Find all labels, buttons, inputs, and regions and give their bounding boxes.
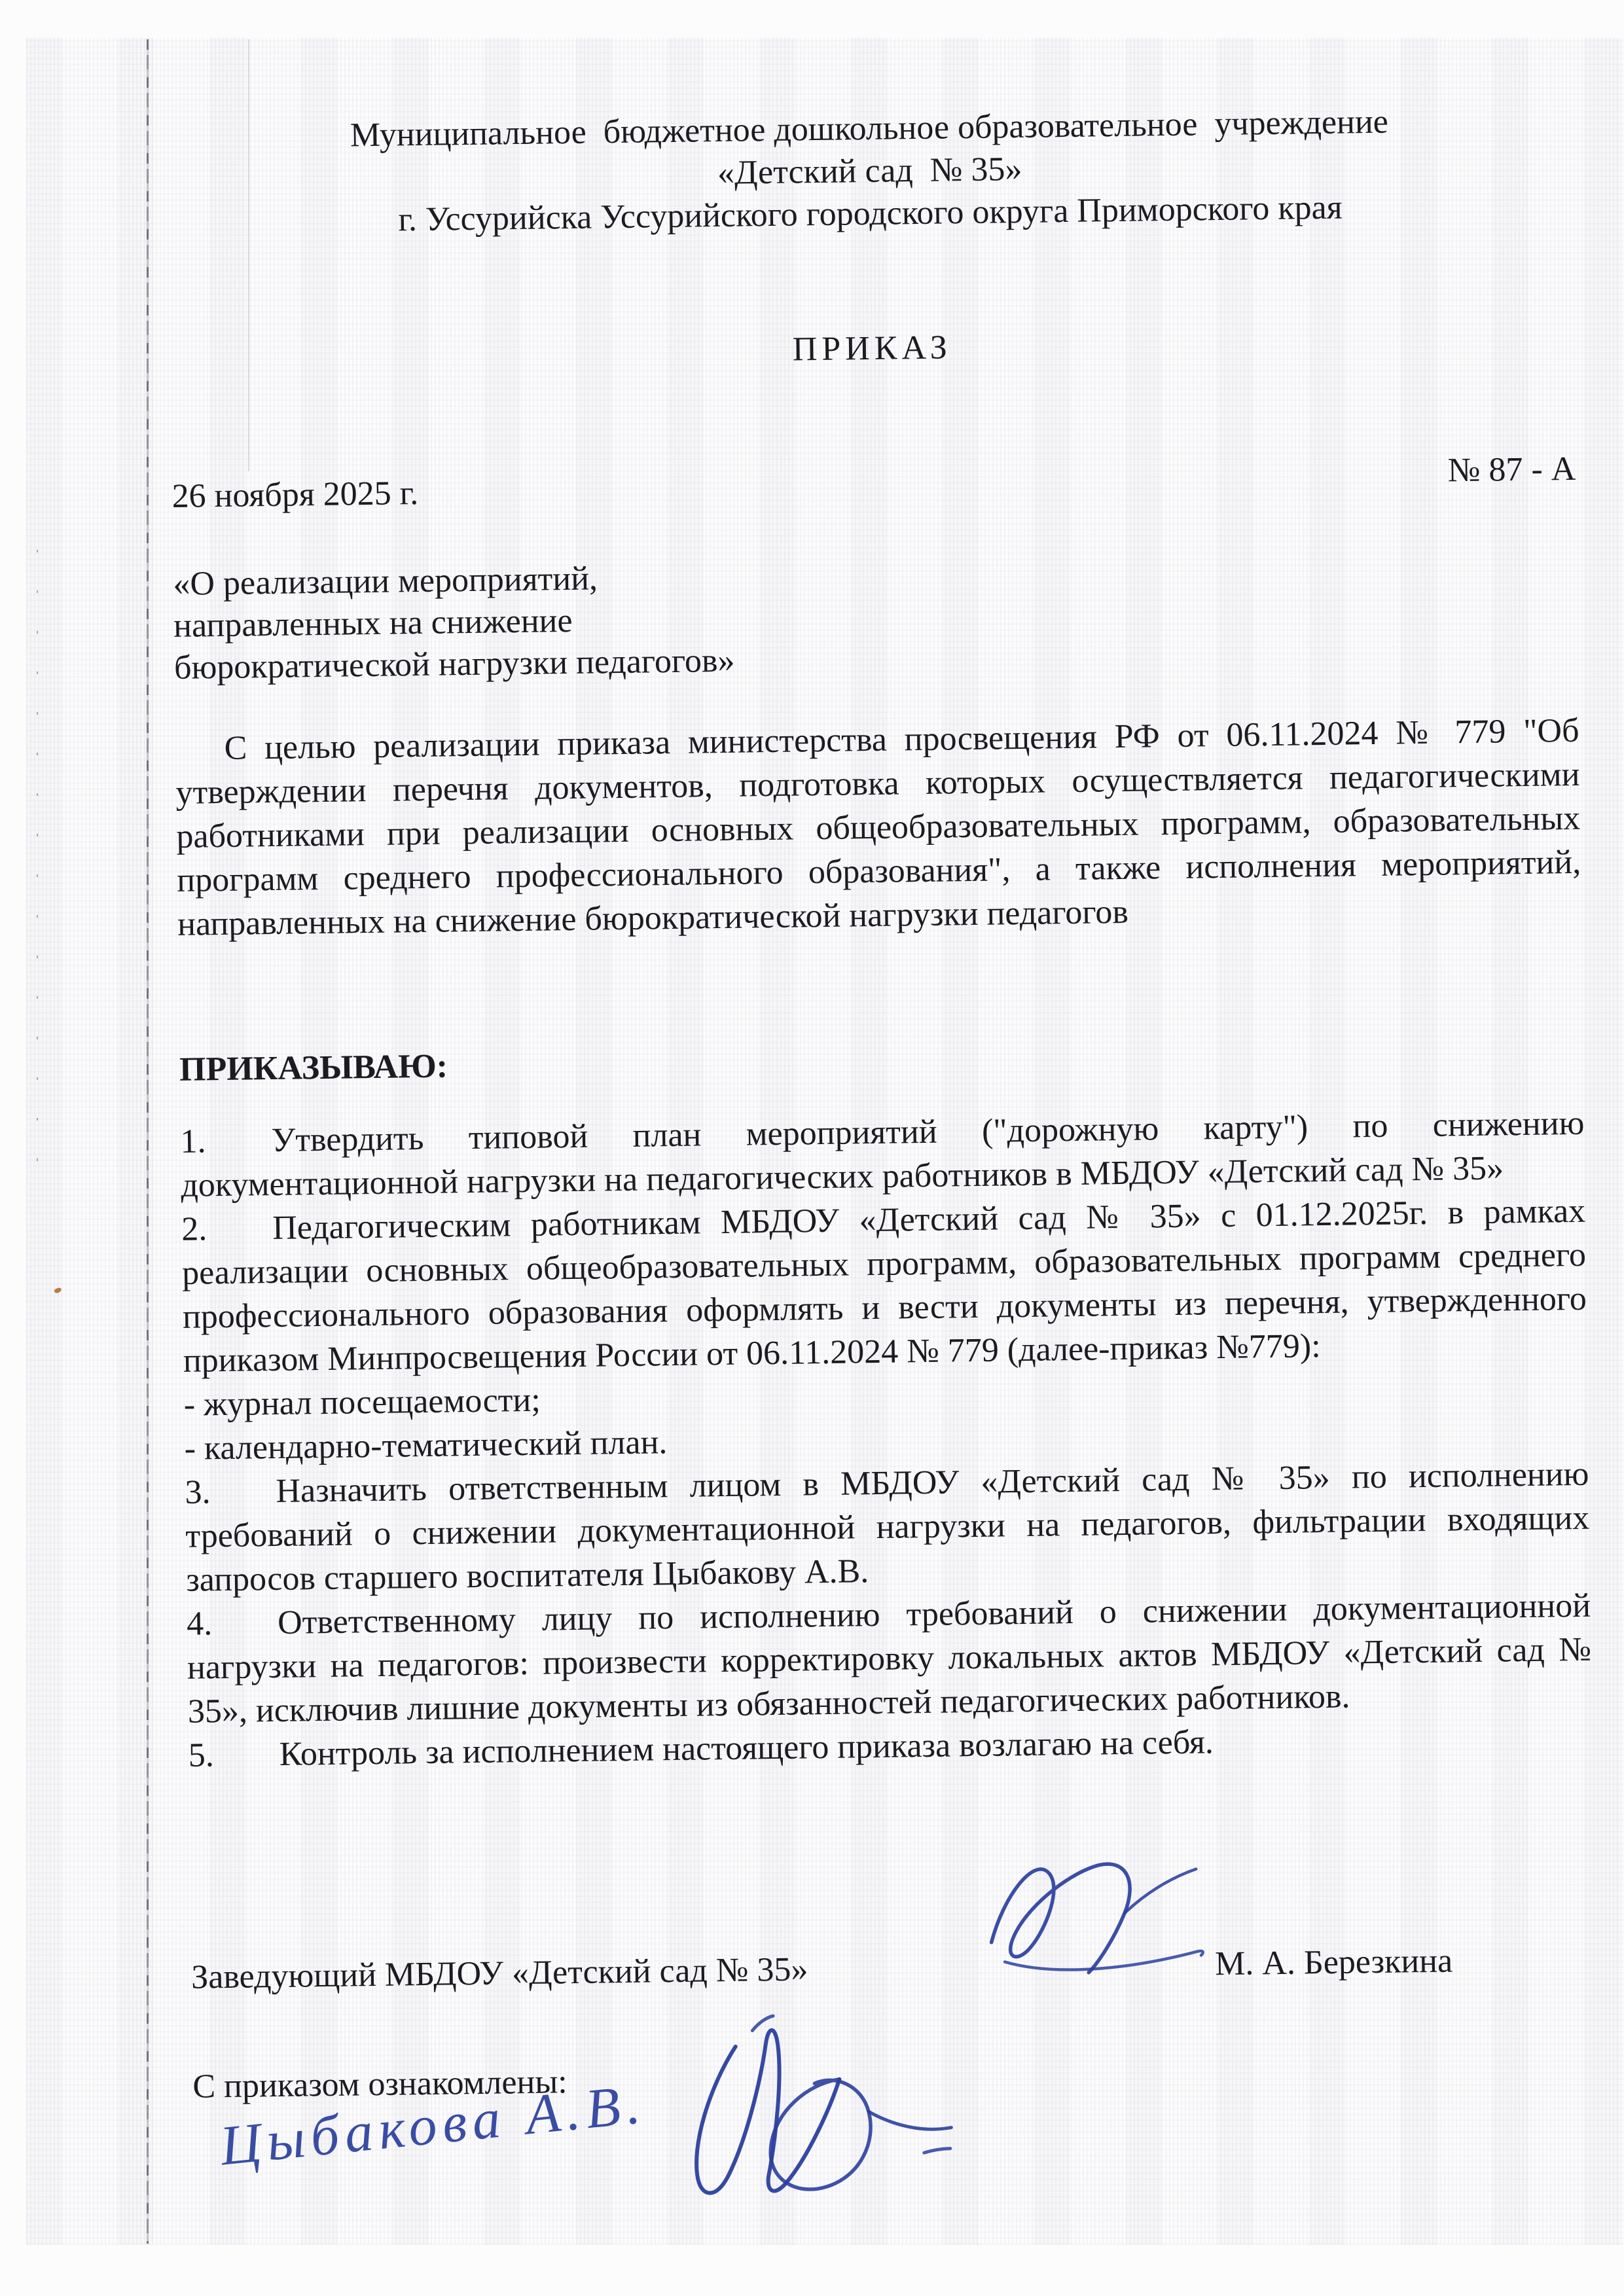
item-text: Контроль за исполнением настоящего прика… — [279, 1723, 1214, 1773]
item-number-gap — [214, 1765, 280, 1766]
order-items: 1.Утвердить типовой план мероприятий ("д… — [180, 1102, 1593, 1778]
order-document-content: Муниципальное бюджетное дошкольное образ… — [167, 98, 1599, 2296]
item-number-gap — [211, 1502, 276, 1503]
item-number: 5. — [188, 1736, 214, 1774]
item-text: Утвердить типовой план мероприятий ("дор… — [181, 1105, 1585, 1204]
order-subject: «О реализации мероприятий, направленных … — [173, 545, 1578, 689]
item-number-gap — [207, 1239, 272, 1240]
item-text: Назначить ответственным лицом в МБДОУ «Д… — [185, 1456, 1590, 1599]
director-signature-scrawl — [965, 1836, 1210, 1990]
item-number: 4. — [187, 1605, 213, 1643]
order-word: ПРИКАЗЫВАЮ: — [179, 1045, 448, 1092]
date-number-row: 26 ноября 2025 г. № 87 - А — [171, 456, 1576, 475]
preamble-paragraph: С целью реализации приказа министерства … — [175, 709, 1581, 946]
scan-fold-line — [147, 39, 149, 2244]
item-number: 2. — [181, 1210, 208, 1248]
organization-header: Муниципальное бюджетное дошкольное образ… — [167, 98, 1572, 244]
acknowledgement-signature-scrawl — [598, 2004, 967, 2225]
signer-name: М. А. Березкина — [1215, 1939, 1453, 1986]
margin-binding-marks — [37, 550, 38, 1191]
scanned-order-page: Муниципальное бюджетное дошкольное образ… — [0, 0, 1624, 2296]
item-text: Ответственному лицу по исполнению требов… — [187, 1587, 1592, 1731]
item-number: 1. — [180, 1122, 206, 1160]
item-number: 3. — [185, 1473, 211, 1511]
order-item-2: 2.Педагогическим работникам МБДОУ «Детск… — [181, 1189, 1587, 1383]
signature-row: Заведующий МБДОУ «Детский сад № 35» М. А… — [191, 1937, 1596, 2001]
item-text: Педагогическим работникам МБДОУ «Детский… — [182, 1193, 1587, 1380]
order-item-4: 4.Ответственному лицу по исполнению треб… — [187, 1584, 1592, 1734]
document-title: ПРИКАЗ — [170, 317, 1574, 380]
order-date: 26 ноября 2025 г. — [171, 471, 418, 518]
signer-position: Заведующий МБДОУ «Детский сад № 35» — [191, 1947, 808, 1999]
item-number-gap — [206, 1151, 272, 1152]
item-number-gap — [212, 1634, 278, 1634]
order-number: № 87 - А — [1447, 447, 1576, 493]
order-item-3: 3.Назначить ответственным лицом в МБДОУ … — [185, 1452, 1590, 1602]
